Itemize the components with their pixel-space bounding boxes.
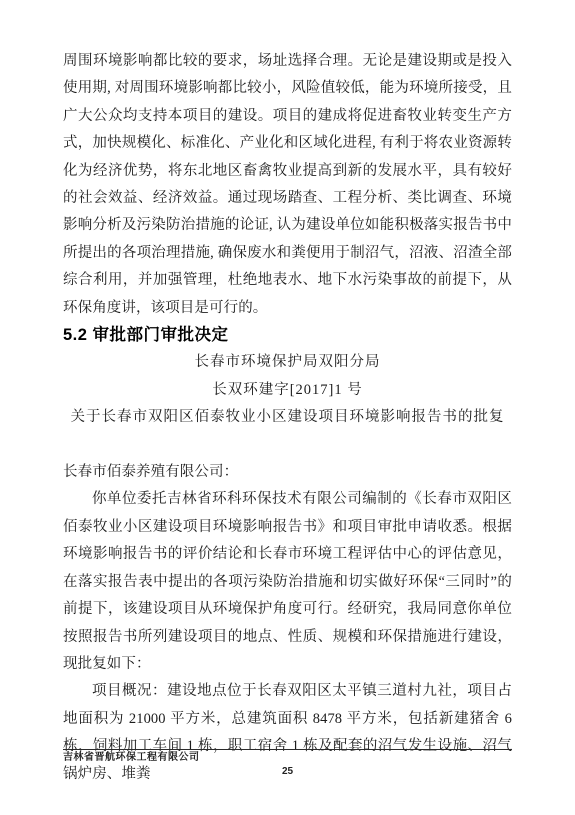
approval-agency-line: 长春市环境保护局双阳分局	[63, 349, 512, 376]
section-heading: 5.2 审批部门审批决定	[63, 322, 512, 349]
conclusion-paragraph: 周围环境影响都比较的要求，场址选择合理。无论是建设期或是投入使用期, 对周围环境…	[63, 48, 512, 322]
page-body: 周围环境影响都比较的要求，场址选择合理。无论是建设期或是投入使用期, 对周围环境…	[63, 0, 512, 788]
letter-paragraph-approval: 你单位委托吉林省环科环保技术有限公司编制的《长春市双阳区佰泰牧业小区建设项目环境…	[63, 486, 512, 678]
approval-subject-line: 关于长春市双阳区佰泰牧业小区建设项目环境影响报告书的批复	[63, 404, 512, 431]
page-footer: 吉林省晋航环保工程有限公司 25	[63, 749, 512, 778]
document-page: 周围环境影响都比较的要求，场址选择合理。无论是建设期或是投入使用期, 对周围环境…	[0, 0, 575, 815]
footer-company-name: 吉林省晋航环保工程有限公司	[63, 750, 512, 764]
letter-salutation: 长春市佰泰养殖有限公司：	[63, 459, 512, 486]
approval-doc-number-line: 长双环建字[2017]1 号	[63, 377, 512, 404]
blank-line-spacer	[63, 432, 512, 459]
page-number: 25	[63, 766, 512, 778]
